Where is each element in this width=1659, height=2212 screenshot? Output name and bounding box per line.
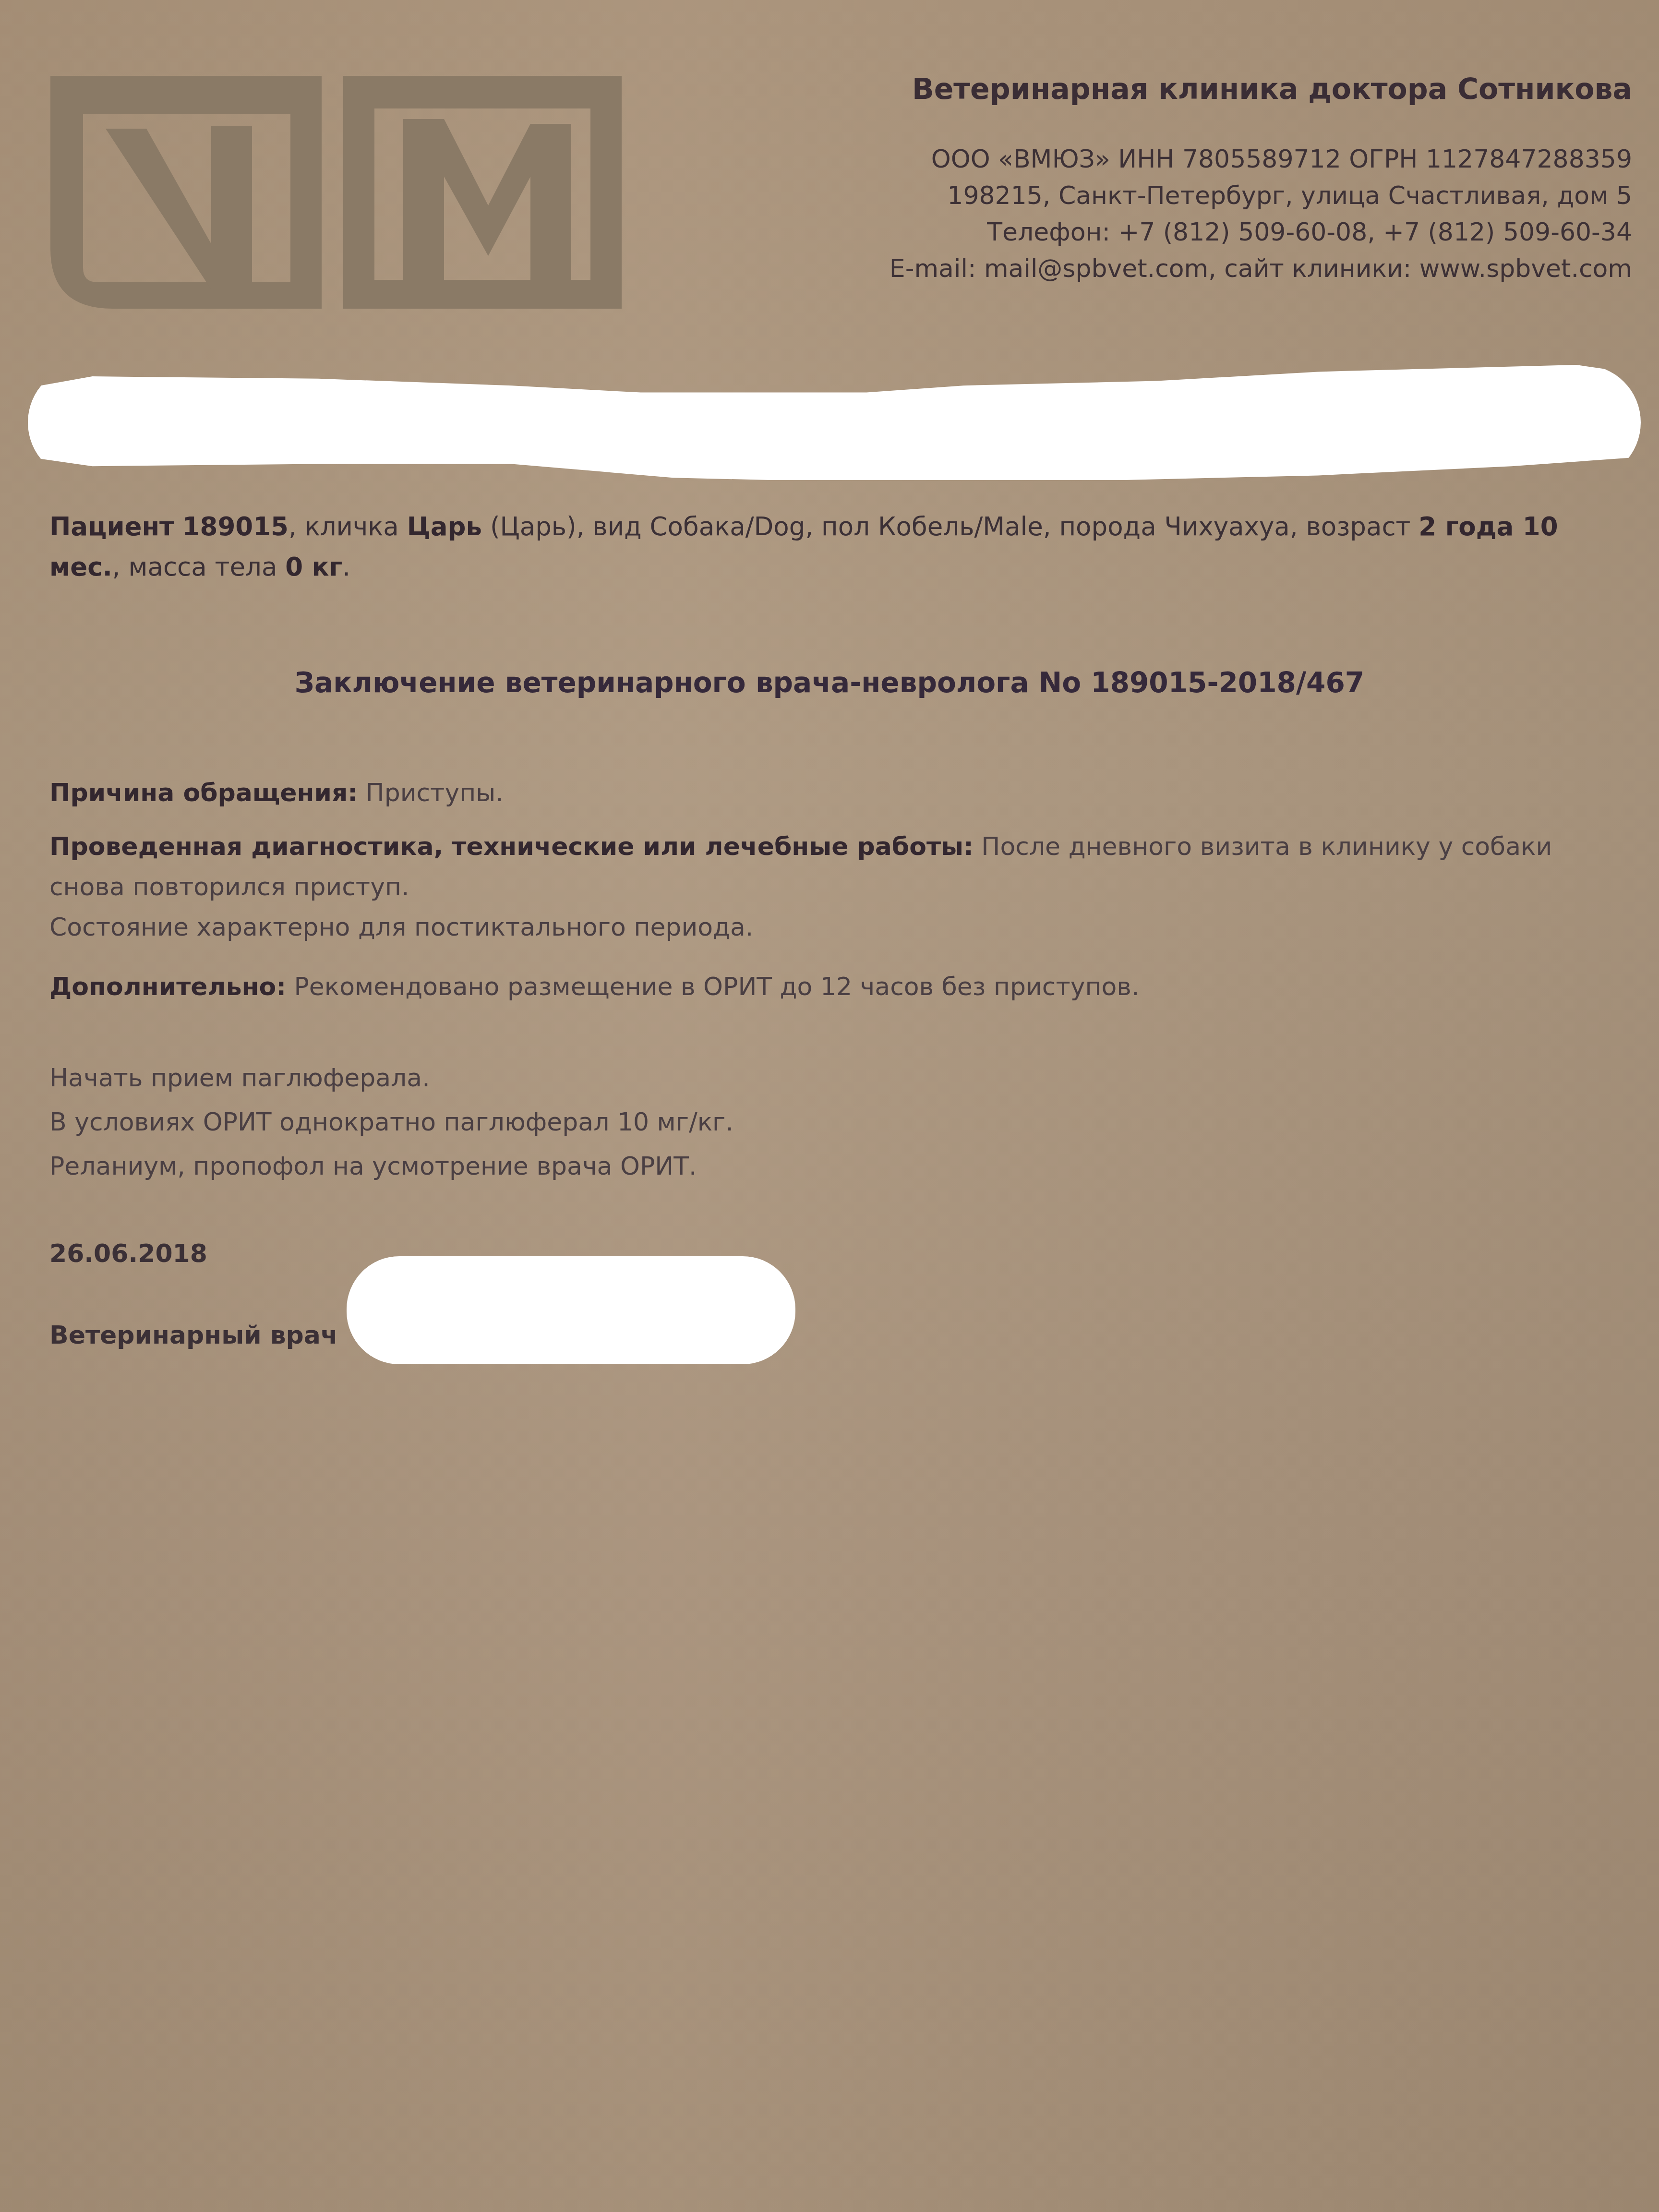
patient-details: (Царь), вид Собака/Dog, пол Кобель/Male,… bbox=[482, 512, 1419, 541]
sentence-end: . bbox=[342, 553, 350, 582]
patient-label: Пациент bbox=[49, 512, 174, 541]
clinic-email-site: E-mail: mail@spbvet.com, сайт клиники: w… bbox=[720, 251, 1632, 287]
document-title: Заключение ветеринарного врача-невролога… bbox=[0, 666, 1659, 699]
reason-text: Приступы. bbox=[358, 779, 504, 807]
clinic-legal-info: ООО «ВМЮЗ» ИНН 7805589712 ОГРН 112784728… bbox=[720, 141, 1632, 178]
recommendation-item: В условиях ОРИТ однократно паглюферал 10… bbox=[49, 1100, 1629, 1144]
redaction-vet-name bbox=[347, 1256, 795, 1364]
additional-text: Рекомендовано размещение в ОРИТ до 12 ча… bbox=[286, 973, 1139, 1001]
clinic-header: Ветеринарная клиника доктора Сотникова О… bbox=[720, 72, 1632, 287]
clinic-logo-icon bbox=[50, 76, 622, 309]
recommendation-item: Реланиум, пропофол на усмотрение врача О… bbox=[49, 1144, 1629, 1189]
clinic-phones: Телефон: +7 (812) 509-60-08, +7 (812) 50… bbox=[720, 214, 1632, 251]
diagnostics-text-2: Состояние характерно для постиктального … bbox=[49, 907, 1629, 948]
patient-nickname: Царь bbox=[407, 512, 482, 541]
clinic-name: Ветеринарная клиника доктора Сотникова bbox=[720, 72, 1632, 107]
patient-weight: 0 кг bbox=[285, 553, 342, 582]
diagnostics-label: Проведенная диагностика, технические или… bbox=[49, 832, 974, 861]
reason-section: Причина обращения: Приступы. bbox=[49, 773, 1629, 813]
weight-label: , масса тела bbox=[112, 553, 285, 582]
patient-info: Пациент 189015, кличка Царь (Царь), вид … bbox=[49, 507, 1629, 588]
vet-signature-label: Ветеринарный врач bbox=[49, 1315, 1629, 1356]
additional-section: Дополнительно: Рекомендовано размещение … bbox=[49, 967, 1629, 1007]
patient-id: 189015 bbox=[182, 512, 289, 541]
nickname-label: , кличка bbox=[289, 512, 407, 541]
diagnostics-section: Проведенная диагностика, технические или… bbox=[49, 827, 1629, 948]
recommendation-item: Начать прием паглюферала. bbox=[49, 1056, 1629, 1100]
additional-label: Дополнительно: bbox=[49, 973, 286, 1001]
clinic-address: 198215, Санкт-Петербург, улица Счастлива… bbox=[720, 178, 1632, 214]
reason-label: Причина обращения: bbox=[49, 779, 358, 807]
recommendations-list: Начать прием паглюферала. В условиях ОРИ… bbox=[49, 1056, 1629, 1189]
clinic-details: ООО «ВМЮЗ» ИНН 7805589712 ОГРН 112784728… bbox=[720, 141, 1632, 287]
document-date: 26.06.2018 bbox=[49, 1234, 1629, 1274]
redaction-owner-info bbox=[28, 365, 1641, 480]
